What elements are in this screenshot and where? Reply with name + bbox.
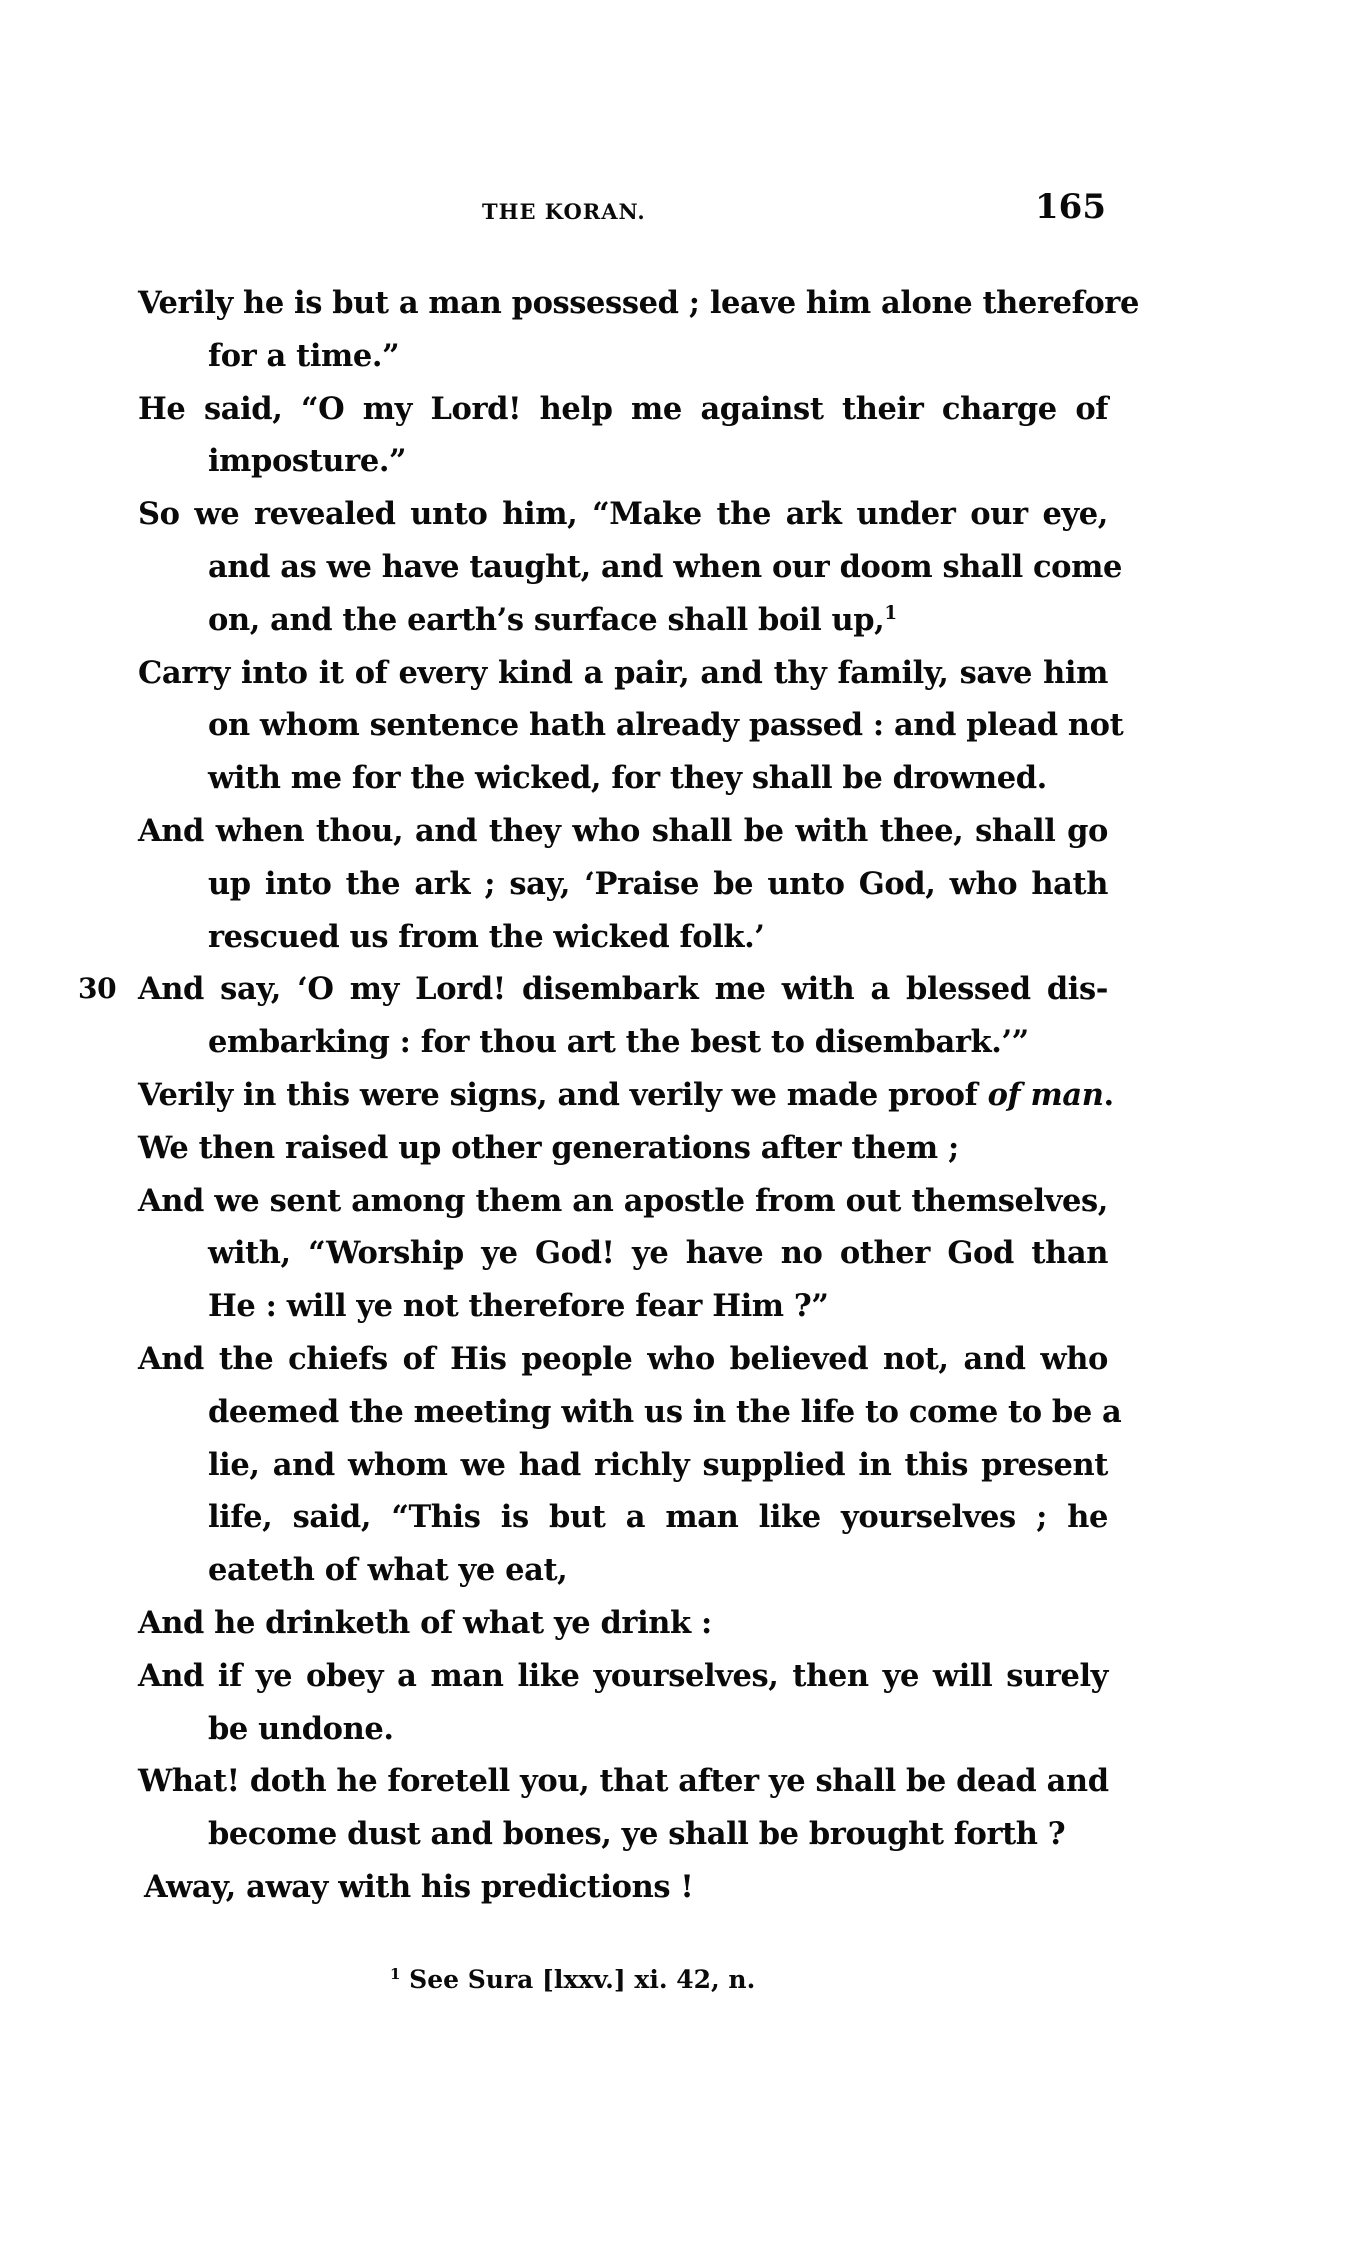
verse-line: 30 And say, ‘O my Lord! disembark me wit…: [138, 963, 1108, 1016]
verse-line-continuation: be undone.: [138, 1703, 1108, 1756]
verse-line-continuation: life, said, “This is but a man like your…: [138, 1491, 1108, 1544]
verse-line-continuation: on whom sentence hath already passed : a…: [138, 699, 1108, 752]
page-number: 165: [1035, 190, 1106, 224]
verse-line: Away, away with his predictions !: [138, 1861, 1108, 1914]
verse-line: And when thou, and they who shall be wit…: [138, 805, 1108, 858]
verse-line-continuation: and as we have taught, and when our doom…: [138, 541, 1108, 594]
footnote-text: See Sura [lxxv.] xi. 42, n.: [409, 1965, 755, 1994]
verse-line-continuation: rescued us from the wicked folk.’: [138, 911, 1108, 964]
verse-line-continuation: for a time.”: [138, 330, 1108, 383]
verse-line: Carry into it of every kind a pair, and …: [138, 647, 1108, 700]
footnote-reference[interactable]: 1: [884, 603, 896, 624]
verse-line-continuation: with, “Worship ye God! ye have no other …: [138, 1227, 1108, 1280]
verse-line-continuation: become dust and bones, ye shall be broug…: [138, 1808, 1108, 1861]
verse-text-block: Verily he is but a man possessed ; leave…: [138, 277, 1108, 1914]
verse-line: He said, “O my Lord! help me against the…: [138, 383, 1108, 436]
italic-text: of man: [988, 1077, 1104, 1113]
verse-line-continuation: with me for the wicked, for they shall b…: [138, 752, 1108, 805]
margin-verse-number: 30: [78, 963, 116, 1016]
verse-line-continuation: He : will ye not therefore fear Him ?”: [138, 1280, 1108, 1333]
verse-line: We then raised up other generations afte…: [138, 1122, 1108, 1175]
verse-line-continuation: lie, and whom we had richly supplied in …: [138, 1439, 1108, 1492]
verse-line: Verily in this were signs, and verily we…: [138, 1069, 1108, 1122]
running-head: THE KORAN. 165: [0, 190, 1346, 230]
verse-line-continuation: deemed the meeting with us in the life t…: [138, 1386, 1108, 1439]
footnote-marker: 1: [390, 1965, 400, 1983]
verse-line: And if ye obey a man like yourselves, th…: [138, 1650, 1108, 1703]
verse-line: So we revealed unto him, “Make the ark u…: [138, 488, 1108, 541]
verse-line: What! doth he foretell you, that after y…: [138, 1755, 1108, 1808]
verse-line: Verily he is but a man possessed ; leave…: [138, 277, 1108, 330]
footnote: 1 See Sura [lxxv.] xi. 42, n.: [390, 1962, 755, 1998]
verse-line: And we sent among them an apostle from o…: [138, 1175, 1108, 1228]
verse-line-continuation: embarking : for thou art the best to dis…: [138, 1016, 1108, 1069]
verse-line-continuation: up into the ark ; say, ‘Praise be unto G…: [138, 858, 1108, 911]
verse-line-continuation: eateth of what ye eat,: [138, 1544, 1108, 1597]
verse-line-continuation: imposture.”: [138, 435, 1108, 488]
verse-line: And the chiefs of His people who believe…: [138, 1333, 1108, 1386]
running-title: THE KORAN.: [482, 198, 646, 226]
verse-line-continuation: on, and the earth’s surface shall boil u…: [138, 594, 1108, 647]
verse-line: And he drinketh of what ye drink :: [138, 1597, 1108, 1650]
